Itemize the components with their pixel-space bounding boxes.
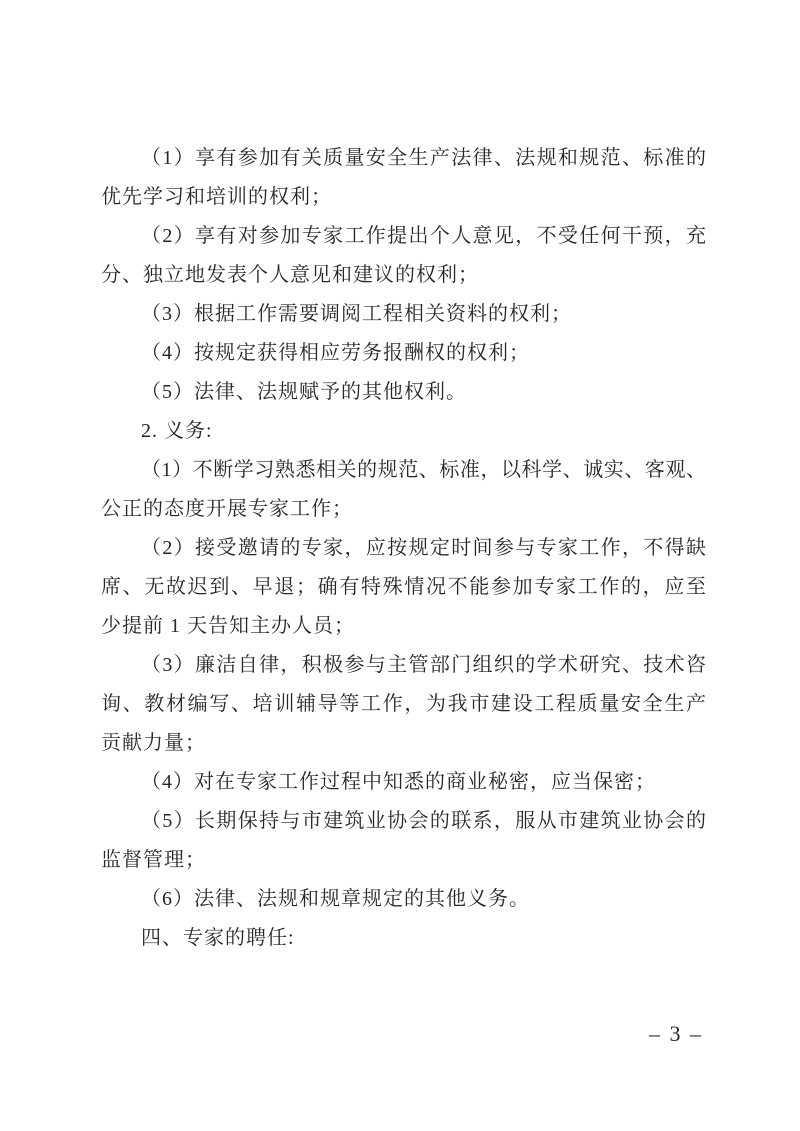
text-line-5: （3）根据工作需要调阅工程相关资料的权利； [101, 295, 706, 334]
text-line-17: （4）对在专家工作过程中知悉的商业秘密，应当保密； [101, 763, 706, 802]
text-line-18: （5）长期保持与市建筑业协会的联系，服从市建筑业协会的 [101, 802, 706, 841]
text-line-21: 四、专家的聘任: [101, 919, 706, 958]
text-line-20: （6）法律、法规和规章规定的其他义务。 [101, 880, 706, 919]
text-line-1: （1）享有参加有关质量安全生产法律、法规和规范、标准的 [101, 139, 706, 178]
page-number: – 3 – [649, 1019, 703, 1049]
text-line-3: （2）享有对参加专家工作提出个人意见，不受任何干预，充 [101, 217, 706, 256]
text-line-15: 询、教材编写、培训辅导等工作，为我市建设工程质量安全生产 [101, 685, 706, 724]
text-line-2: 优先学习和培训的权利； [101, 178, 706, 217]
text-line-16: 贡献力量； [101, 724, 706, 763]
text-line-6: （4）按规定获得相应劳务报酬权的权利； [101, 334, 706, 373]
text-line-11: （2）接受邀请的专家，应按规定时间参与专家工作，不得缺 [101, 529, 706, 568]
text-line-7: （5）法律、法规赋予的其他权利。 [101, 373, 706, 412]
text-line-8: 2. 义务: [101, 412, 706, 451]
text-line-19: 监督管理； [101, 841, 706, 880]
document-page: （1）享有参加有关质量安全生产法律、法规和规范、标准的 优先学习和培训的权利； … [0, 0, 800, 1131]
document-body: （1）享有参加有关质量安全生产法律、法规和规范、标准的 优先学习和培训的权利； … [101, 139, 706, 958]
text-line-4: 分、独立地发表个人意见和建议的权利； [101, 256, 706, 295]
text-line-12: 席、无故迟到、早退；确有特殊情况不能参加专家工作的，应至 [101, 568, 706, 607]
text-line-10: 公正的态度开展专家工作； [101, 490, 706, 529]
text-line-9: （1）不断学习熟悉相关的规范、标准，以科学、诚实、客观、 [101, 451, 706, 490]
text-line-13: 少提前 1 天告知主办人员； [101, 607, 706, 646]
text-line-14: （3）廉洁自律，积极参与主管部门组织的学术研究、技术咨 [101, 646, 706, 685]
